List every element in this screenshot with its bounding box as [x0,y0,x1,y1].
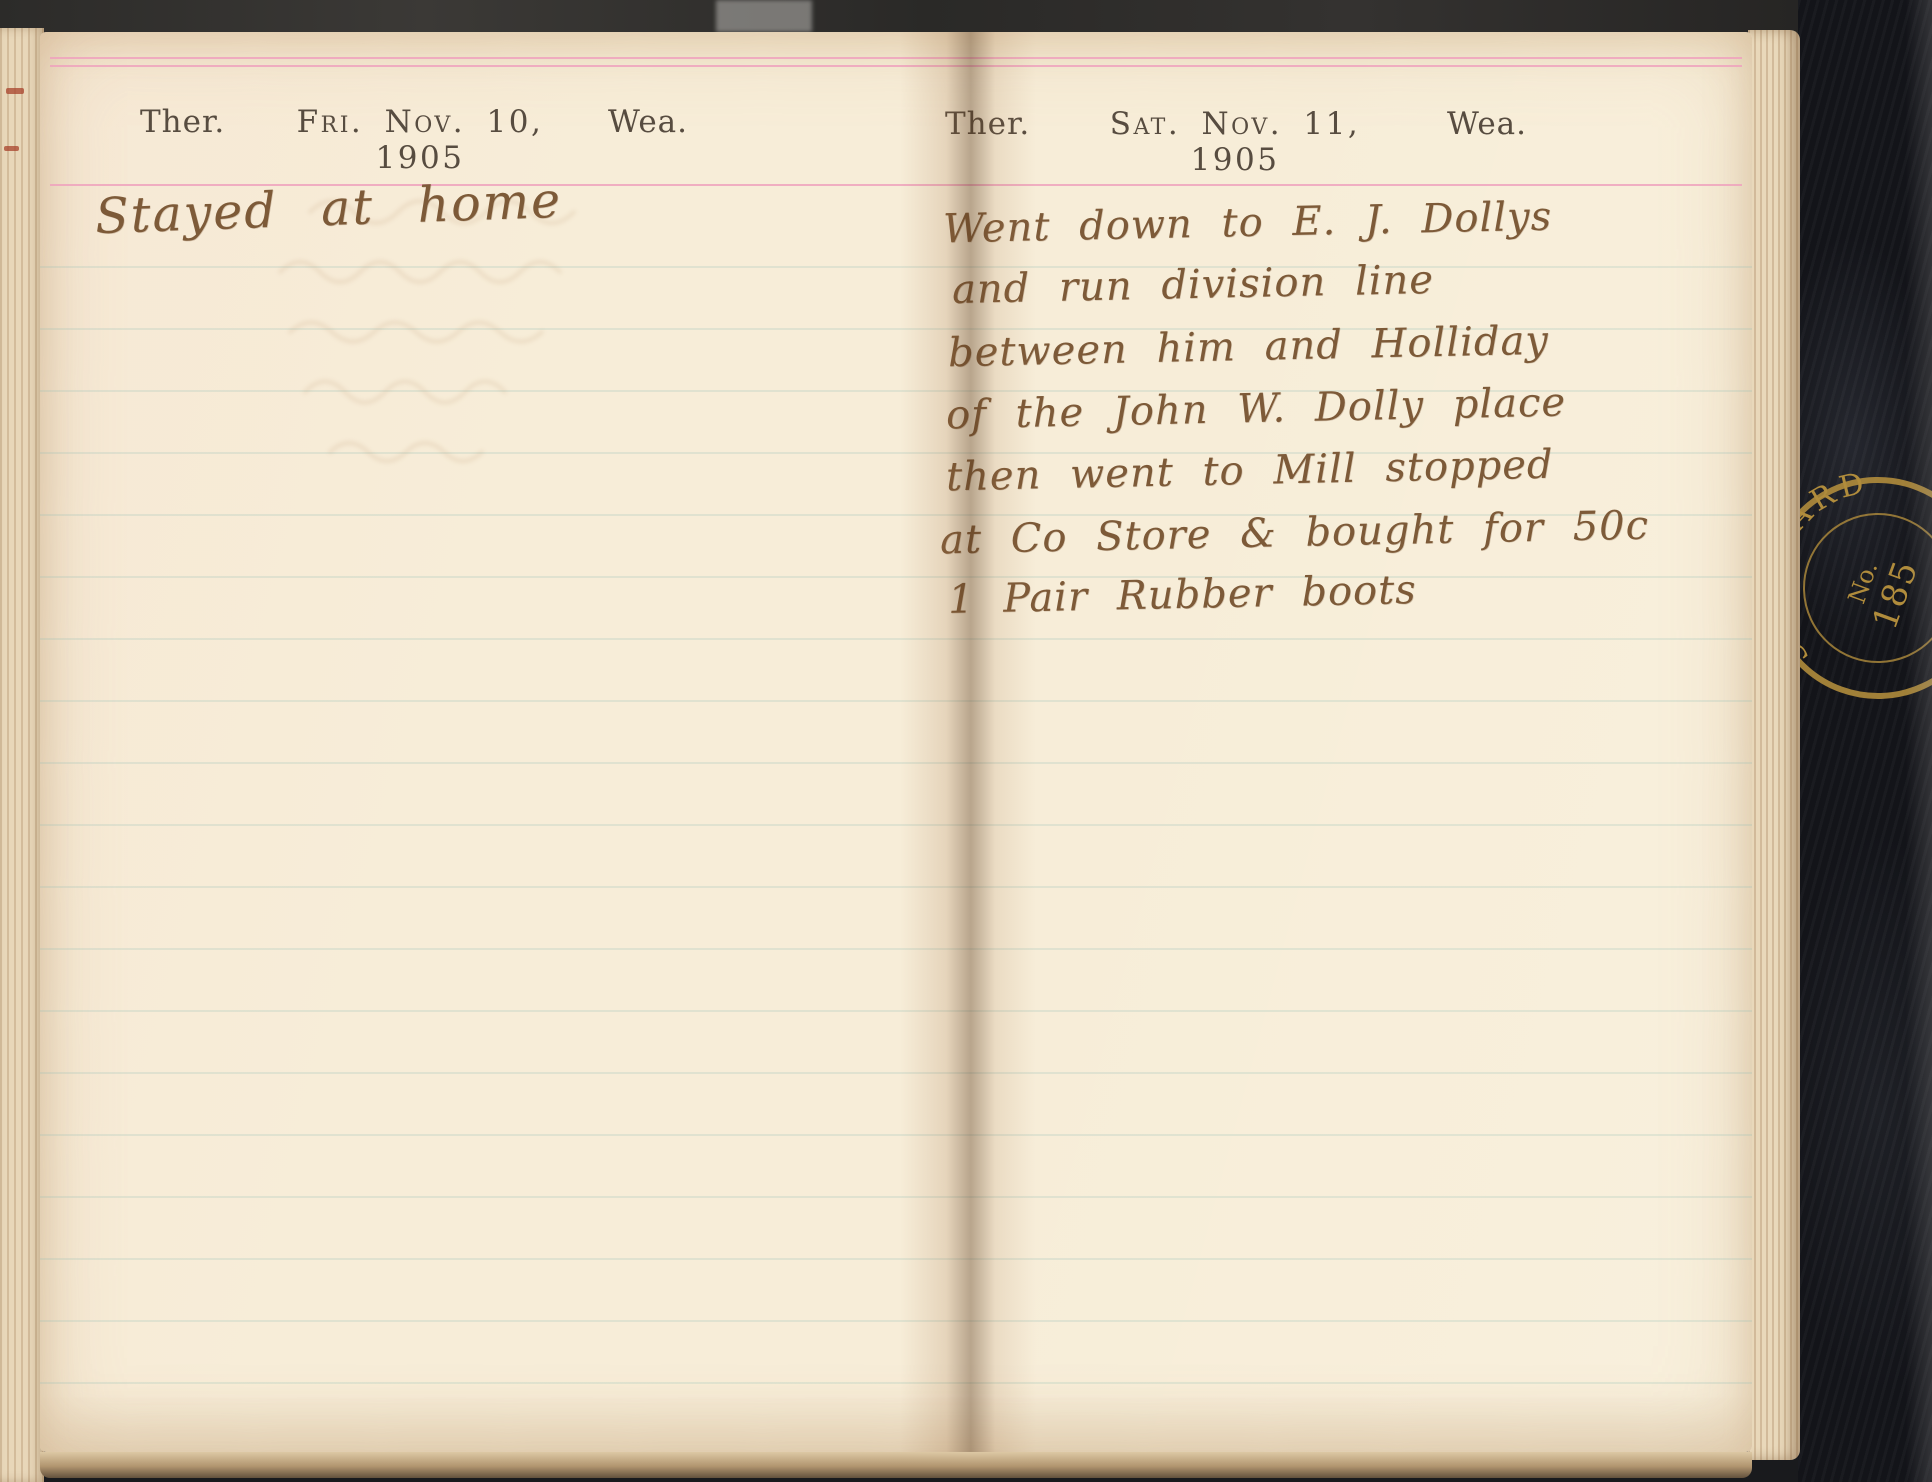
cover-edge-sheen [1906,0,1932,1482]
page-edges-right [1748,30,1800,1460]
left-ther-label: Ther. [140,104,225,140]
scan-top-highlight [716,0,812,32]
right-date-heading: Sat. Nov. 11, 1905 [1085,106,1385,178]
pink-rule-top2 [50,65,1742,67]
book-cover: STANDARD No. 185 [1798,0,1932,1482]
left-wea-label: Wea. [608,104,688,140]
right-wea-label: Wea. [1447,106,1527,142]
page-edges-left [0,28,44,1482]
pink-rule-top [50,57,1742,59]
diary-scan: STANDARD No. 185 Ther. Fri. Nov. 10, 190… [0,0,1932,1482]
diary-page-spread: Ther. Fri. Nov. 10, 1905 Wea. Ther. Sat.… [40,32,1752,1452]
page-gutter-shadow [900,32,1036,1452]
edge-red-mark [6,88,24,94]
edge-red-mark [4,146,19,151]
left-date-heading: Fri. Nov. 10, 1905 [275,104,565,176]
page-edges-bottom [40,1452,1752,1478]
